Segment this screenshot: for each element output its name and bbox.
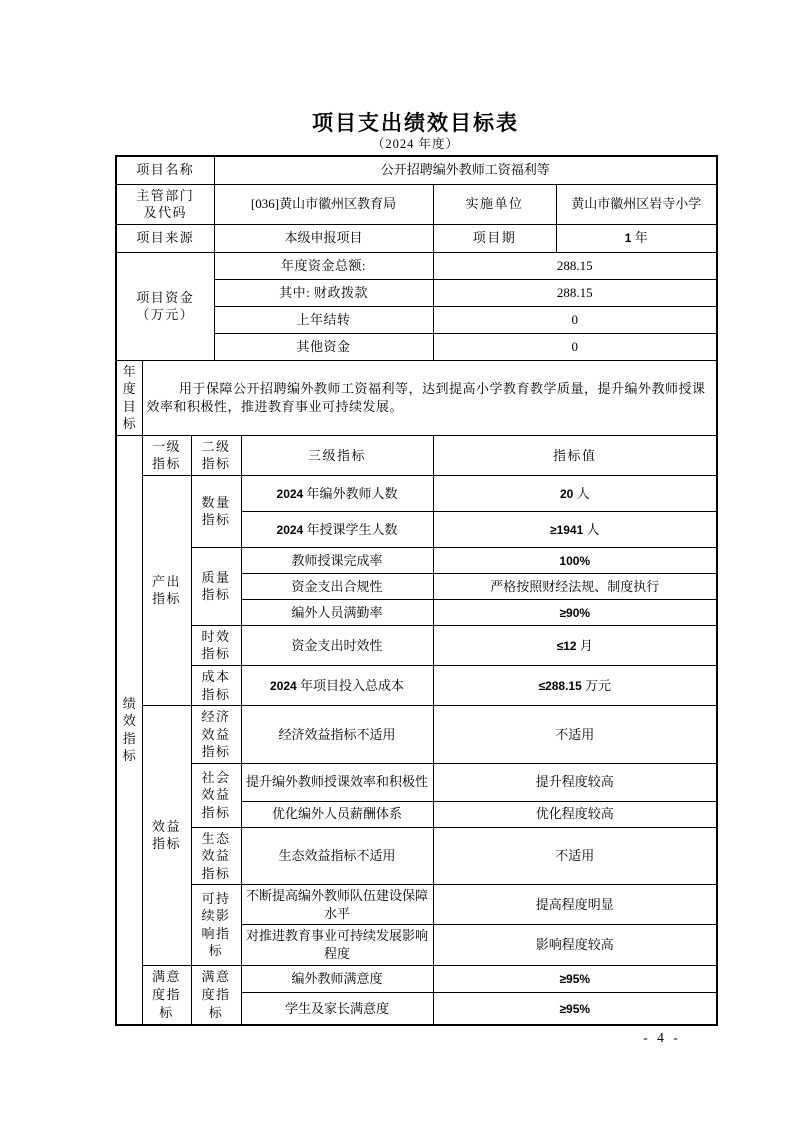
document-content: 项目支出绩效目标表 （2024 年度） 项目名称 公开招聘编外教师工资福利等 主…: [115, 110, 716, 1026]
page-title: 项目支出绩效目标表: [115, 110, 716, 136]
cell-level2-quality: 质量 指标: [191, 547, 241, 625]
indicator-l3-cell: 资金支出合规性: [241, 573, 433, 599]
cell-source-value: 本级申报项目: [214, 224, 433, 252]
indicator-value-cell: 100%: [433, 547, 717, 573]
indicator-l3-cell: 2024 年项目投入总成本: [241, 665, 433, 705]
cell-project-name-label: 项目名称: [116, 156, 214, 184]
indicator-value-cell: 不适用: [433, 827, 717, 885]
indicator-l3-cell: 教师授课完成率: [241, 547, 433, 573]
cell-level1-benefit: 效益 指标: [142, 706, 191, 965]
indicator-l3-cell: 资金支出时效性: [241, 625, 433, 665]
indicator-value-cell: 优化程度较高: [433, 801, 717, 827]
indicator-l3-cell: 编外人员满勤率: [241, 599, 433, 625]
indicator-l3-cell: 对推进教育事业可持续发展影响程度: [241, 925, 433, 965]
cell-level2-ecological: 生态 效益 指标: [191, 827, 241, 885]
cell-impl-unit-label: 实施单位: [433, 184, 556, 224]
annual-goal-text: 用于保障公开招聘编外教师工资福利等，达到提高小学教育教学质量，提升编外教师授课效…: [147, 381, 706, 414]
indicator-l3-cell: 提升编外教师授课效率和积极性: [241, 763, 433, 801]
cell-header-level1: 一级 指标: [142, 435, 191, 475]
cell-level1-output: 产出 指标: [142, 475, 191, 705]
indicator-value-cell: 影响程度较高: [433, 925, 717, 965]
indicator-l3-cell: 2024 年编外教师人数: [241, 475, 433, 511]
performance-target-table: 项目名称 公开招聘编外教师工资福利等 主管部门 及代码 [036]黄山市徽州区教…: [115, 155, 718, 1026]
indicator-value-cell: 严格按照财经法规、制度执行: [433, 573, 717, 599]
cell-level2-social: 社会 效益 指标: [191, 763, 241, 827]
fund-name-cell: 其中: 财政拨款: [214, 279, 433, 306]
cell-level2-cost: 成本 指标: [191, 665, 241, 705]
cell-level2-timeliness: 时效 指标: [191, 625, 241, 665]
cell-level1-satisfaction: 满意 度指 标: [142, 965, 191, 1025]
cell-annual-goal-label: 年 度 目 标: [116, 360, 142, 435]
cell-period-value: 1 年: [556, 224, 717, 252]
cell-header-value: 指标值: [433, 435, 717, 475]
cell-annual-goal-text: 用于保障公开招聘编外教师工资福利等，达到提高小学教育教学质量，提升编外教师授课效…: [142, 360, 717, 435]
indicator-value-cell: 提高程度明显: [433, 885, 717, 925]
indicator-value-cell: ≤288.15 万元: [433, 665, 717, 705]
cell-header-level2: 二级 指标: [191, 435, 241, 475]
indicator-l3-cell: 生态效益指标不适用: [241, 827, 433, 885]
fund-value-cell: 288.15: [433, 279, 717, 306]
indicator-l3-cell: 编外教师满意度: [241, 965, 433, 992]
cell-level2-economic: 经济 效益 指标: [191, 706, 241, 764]
indicator-value-cell: ≥1941 人: [433, 511, 717, 547]
document-page: 项目支出绩效目标表 （2024 年度） 项目名称 公开招聘编外教师工资福利等 主…: [0, 0, 793, 1122]
cell-header-level3: 三级指标: [241, 435, 433, 475]
indicator-l3-cell: 2024 年授课学生人数: [241, 511, 433, 547]
cell-level2-satisfaction: 满意 度指 标: [191, 965, 241, 1025]
fund-value-cell: 0: [433, 306, 717, 333]
cell-dept-value: [036]黄山市徽州区教育局: [214, 184, 433, 224]
fund-name-cell: 年度资金总额:: [214, 252, 433, 279]
indicator-value-cell: ≥95%: [433, 992, 717, 1025]
cell-project-name-value: 公开招聘编外教师工资福利等: [214, 156, 717, 184]
indicator-value-cell: ≥95%: [433, 965, 717, 992]
cell-funds-label: 项目资金 （万元）: [116, 252, 214, 360]
indicator-value-cell: ≤12 月: [433, 625, 717, 665]
indicator-value-cell: 提升程度较高: [433, 763, 717, 801]
indicator-l3-cell: 不断提高编外教师队伍建设保障水平: [241, 885, 433, 925]
fund-value-cell: 0: [433, 333, 717, 360]
cell-level2-quantity: 数量 指标: [191, 475, 241, 547]
fund-name-cell: 其他资金: [214, 333, 433, 360]
cell-impl-unit-value: 黄山市徽州区岩寺小学: [556, 184, 717, 224]
indicator-l3-cell: 学生及家长满意度: [241, 992, 433, 1025]
indicator-value-cell: 不适用: [433, 706, 717, 764]
cell-period-label: 项目期: [433, 224, 556, 252]
indicator-value-cell: 20 人: [433, 475, 717, 511]
cell-source-label: 项目来源: [116, 224, 214, 252]
page-subtitle: （2024 年度）: [115, 136, 716, 153]
indicator-l3-cell: 优化编外人员薪酬体系: [241, 801, 433, 827]
cell-dept-label: 主管部门 及代码: [116, 184, 214, 224]
cell-level2-sustainable: 可持 续影 响指 标: [191, 885, 241, 965]
cell-perf-side-label: 绩 效 指 标: [116, 435, 142, 1025]
page-number: - 4 -: [612, 1030, 712, 1046]
indicator-l3-cell: 经济效益指标不适用: [241, 706, 433, 764]
fund-value-cell: 288.15: [433, 252, 717, 279]
indicator-value-cell: ≥90%: [433, 599, 717, 625]
fund-name-cell: 上年结转: [214, 306, 433, 333]
